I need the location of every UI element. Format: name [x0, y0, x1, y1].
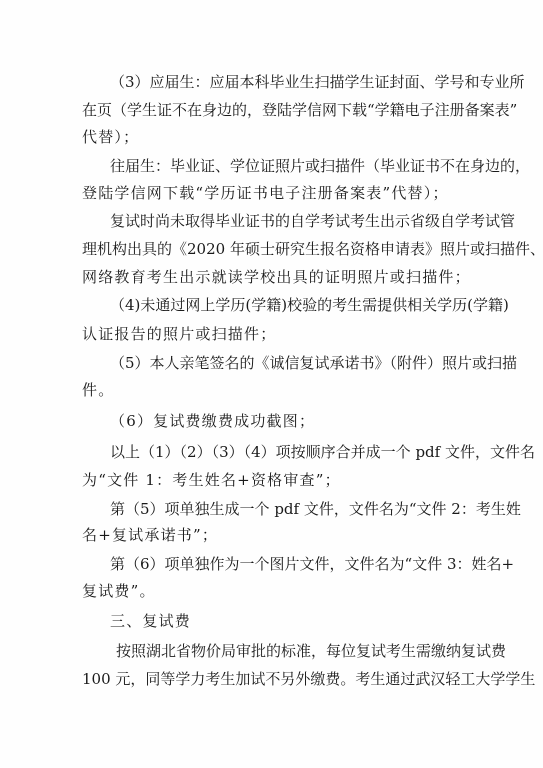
text-line: 以上（1）（2）（3）（4）项按顺序合并成一个 pdf 文件，文件名: [110, 442, 535, 462]
text-line: 为“文件 1：考生姓名+资格审查”；: [82, 470, 341, 490]
text-line: 复试时尚未取得毕业证书的自学考试考生出示省级自学考试管: [110, 211, 515, 231]
text-line: 100 元，同等学力考生加试不另外缴费。考生通过武汉轻工大学学生: [82, 669, 535, 689]
text-line: （3）应届生：应届本科毕业生扫描学生证封面、学号和专业所: [110, 72, 525, 92]
text-line: 代替）；: [82, 127, 139, 147]
text-line: （4)未通过网上学历(学籍)校验的考生需提供相关学历(学籍): [110, 295, 509, 315]
text-line: 件。: [82, 380, 114, 400]
text-line: 名+复试承诺书”；: [82, 525, 218, 545]
section-heading: 三、复试费: [110, 611, 191, 631]
document-page: （3）应届生：应届本科毕业生扫描学生证封面、学号和专业所 在页（学生证不在身边的…: [0, 0, 543, 768]
text-line: 登陆学信网下载“学历证书电子注册备案表”代替）；: [82, 183, 449, 203]
text-line: 认证报告的照片或扫描件；: [82, 324, 276, 344]
text-line: （6）复试费缴费成功截图；: [110, 411, 315, 431]
text-line: 理机构出具的《2020 年硕士研究生报名资格申请表》照片或扫描件、: [82, 239, 543, 259]
text-line: 第（5）项单独生成一个 pdf 文件，文件名为“文件 2：考生姓: [110, 499, 521, 519]
text-line: 往届生：毕业证、学位证照片或扫描件（毕业证书不在身边的，: [110, 156, 530, 176]
text-line: 按照湖北省物价局审批的标准，每位复试考生需缴纳复试费: [116, 641, 506, 661]
text-line: 在页（学生证不在身边的，登陆学信网下载“学籍电子注册备案表”: [82, 100, 517, 120]
text-line: 网络教育考生出示就读学校出具的证明照片或扫描件；: [82, 267, 471, 287]
text-line: 复试费”。: [82, 581, 156, 601]
text-line: 第（6）项单独作为一个图片文件，文件名为“文件 3：姓名+: [110, 554, 514, 574]
text-line: （5）本人亲笔签名的《诚信复试承诺书》（附件）照片或扫描: [110, 353, 517, 373]
